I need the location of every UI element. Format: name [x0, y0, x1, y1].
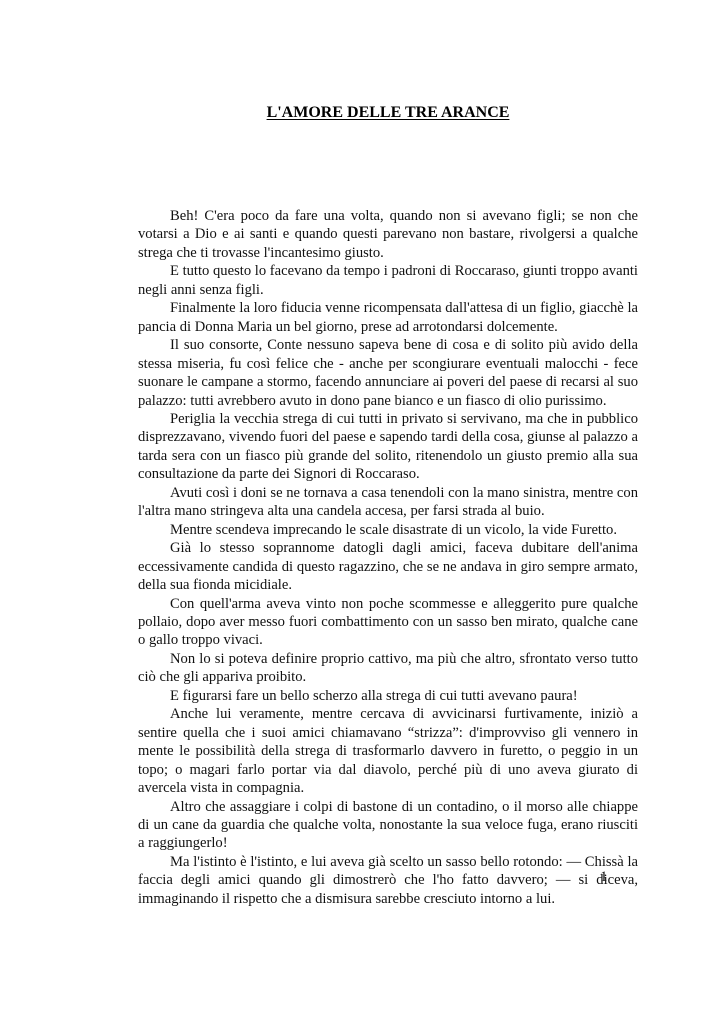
paragraph: Mentre scendeva imprecando le scale disa… — [138, 521, 638, 539]
paragraph: Con quell'arma aveva vinto non poche sco… — [138, 595, 638, 650]
paragraph: Periglia la vecchia strega di cui tutti … — [138, 410, 638, 484]
paragraph: Altro che assaggiare i colpi di bastone … — [138, 798, 638, 853]
title-text: L'AMORE DELLE TRE ARANCE — [267, 104, 510, 121]
paragraph: Non lo si poteva definire proprio cattiv… — [138, 650, 638, 687]
paragraph: Già lo stesso soprannome datogli dagli a… — [138, 539, 638, 594]
page-number: 1 — [600, 869, 608, 886]
paragraph: Beh! C'era poco da fare una volta, quand… — [138, 207, 638, 262]
paragraph: Il suo consorte, Conte nessuno sapeva be… — [138, 336, 638, 410]
document-title: L'AMORE DELLE TRE ARANCE — [138, 104, 638, 122]
paragraph: Anche lui veramente, mentre cercava di a… — [138, 705, 638, 797]
paragraph: E figurarsi fare un bello scherzo alla s… — [138, 687, 638, 705]
paragraph: Finalmente la loro fiducia venne ricompe… — [138, 299, 638, 336]
document-page: L'AMORE DELLE TRE ARANCE Beh! C'era poco… — [0, 0, 724, 1024]
paragraph: Avuti così i doni se ne tornava a casa t… — [138, 484, 638, 521]
document-body: Beh! C'era poco da fare una volta, quand… — [138, 207, 638, 908]
paragraph: E tutto questo lo facevano da tempo i pa… — [138, 262, 638, 299]
paragraph: Ma l'istinto è l'istinto, e lui aveva gi… — [138, 853, 638, 908]
